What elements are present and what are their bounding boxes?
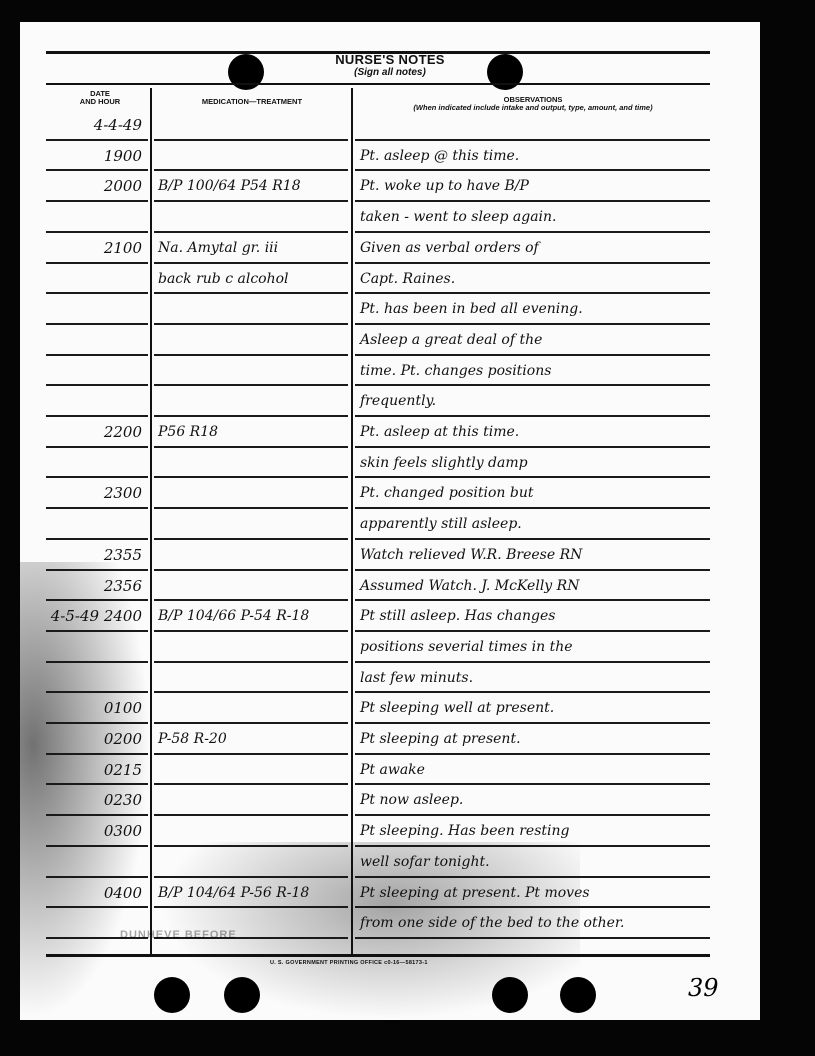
row-rule-date — [46, 507, 148, 509]
row-date-hour: 1900 — [42, 147, 142, 165]
row-rule-medication — [154, 814, 348, 816]
row-rule-observation — [355, 783, 710, 785]
nurses-notes-page: NURSE'S NOTES (Sign all notes) DATE AND … — [20, 22, 760, 1020]
row-observation: Pt. has been in bed all evening. — [360, 300, 583, 318]
row-rule-medication — [154, 753, 348, 755]
row-medication: back rub c alcohol — [158, 270, 289, 288]
row-observation: well sofar tonight. — [360, 853, 490, 871]
row-rule-observation — [355, 446, 710, 448]
row-rule-medication — [154, 169, 348, 171]
row-rule-observation — [355, 691, 710, 693]
row-rule-medication — [154, 845, 348, 847]
row-observation: from one side of the bed to the other. — [360, 914, 625, 932]
row-observation: last few minuts. — [360, 669, 473, 687]
row-rule-observation — [355, 323, 710, 325]
row-observation: Pt awake — [360, 761, 425, 779]
row-medication: P56 R18 — [158, 423, 218, 441]
row-rule-date — [46, 415, 148, 417]
row-observation: Pt sleeping at present. — [360, 730, 521, 748]
row-rule-medication — [154, 262, 348, 264]
row-observation: Pt. woke up to have B/P — [360, 177, 529, 195]
row-medication: P-58 R-20 — [158, 730, 227, 748]
row-rule-observation — [355, 200, 710, 202]
row-date-hour: 2000 — [42, 177, 142, 195]
row-rule-medication — [154, 292, 348, 294]
row-rule-observation — [355, 538, 710, 540]
row-rule-medication — [154, 906, 348, 908]
column-header-observations: OBSERVATIONS (When indicated include int… — [358, 96, 708, 112]
row-rule-medication — [154, 415, 348, 417]
row-rule-date — [46, 722, 148, 724]
form-title: NURSE'S NOTES — [20, 52, 760, 67]
row-rule-observation — [355, 569, 710, 571]
row-date-hour: 0200 — [42, 730, 142, 748]
row-rule-observation — [355, 599, 710, 601]
column-divider-1 — [150, 88, 152, 956]
row-rule-observation — [355, 169, 710, 171]
row-rule-medication — [154, 876, 348, 878]
row-rule-medication — [154, 323, 348, 325]
row-rule-date — [46, 384, 148, 386]
row-rule-date — [46, 538, 148, 540]
row-rule-date — [46, 569, 148, 571]
row-date-hour: 2356 — [42, 577, 142, 595]
row-rule-medication — [154, 446, 348, 448]
row-rule-medication — [154, 569, 348, 571]
row-rule-observation — [355, 476, 710, 478]
row-observation: apparently still asleep. — [360, 515, 522, 533]
row-date-hour: 2100 — [42, 239, 142, 257]
row-rule-date — [46, 845, 148, 847]
row-medication: B/P 100/64 P54 R18 — [158, 177, 301, 195]
column-header-date-hour: DATE AND HOUR — [50, 90, 150, 106]
row-rule-medication — [154, 691, 348, 693]
row-rule-observation — [355, 354, 710, 356]
row-rule-medication — [154, 599, 348, 601]
row-rule-date — [46, 906, 148, 908]
form-subtitle: (Sign all notes) — [20, 67, 760, 78]
row-rule-date — [46, 169, 148, 171]
column-header-medication: MEDICATION—TREATMENT — [152, 98, 352, 106]
row-rule-medication — [154, 538, 348, 540]
row-rule-observation — [355, 845, 710, 847]
row-rule-observation — [355, 139, 710, 141]
row-rule-date — [46, 354, 148, 356]
binder-hole-bottom-4 — [560, 977, 596, 1013]
faded-stamp: DUNHEVE BEFORE — [120, 929, 237, 941]
row-observation: Pt sleeping. Has been resting — [360, 822, 569, 840]
row-rule-medication — [154, 231, 348, 233]
row-observation: Pt sleeping at present. Pt moves — [360, 884, 590, 902]
row-observation: Pt still asleep. Has changes — [360, 607, 555, 625]
row-rule-date — [46, 783, 148, 785]
printing-office-imprint: U. S. GOVERNMENT PRINTING OFFICE c0-16—5… — [270, 960, 428, 966]
row-rule-date — [46, 599, 148, 601]
row-rule-observation — [355, 661, 710, 663]
row-date-hour: 0230 — [42, 791, 142, 809]
row-rule-observation — [355, 507, 710, 509]
footer-rule — [46, 954, 710, 957]
row-date-hour: 0400 — [42, 884, 142, 902]
row-rule-observation — [355, 876, 710, 878]
row-rule-observation — [355, 814, 710, 816]
row-rule-observation — [355, 384, 710, 386]
row-rule-observation — [355, 906, 710, 908]
row-date-hour: 4-5-49 2400 — [42, 607, 142, 625]
row-rule-date — [46, 814, 148, 816]
row-observation: frequently. — [360, 392, 436, 410]
row-observation: Pt sleeping well at present. — [360, 699, 554, 717]
row-rule-observation — [355, 231, 710, 233]
binder-hole-bottom-1 — [154, 977, 190, 1013]
row-observation: Given as verbal orders of — [360, 239, 539, 257]
row-rule-date — [46, 661, 148, 663]
row-rule-date — [46, 139, 148, 141]
row-date-hour: 2300 — [42, 484, 142, 502]
row-rule-observation — [355, 753, 710, 755]
row-medication: B/P 104/66 P-54 R-18 — [158, 607, 309, 625]
row-rule-date — [46, 262, 148, 264]
row-observation: Pt. asleep at this time. — [360, 423, 519, 441]
row-medication: Na. Amytal gr. iii — [158, 239, 278, 257]
row-observation: Pt. asleep @ this time. — [360, 147, 519, 165]
page-number: 39 — [688, 974, 719, 1002]
row-observation: Watch relieved W.R. Breese RN — [360, 546, 582, 564]
row-rule-date — [46, 323, 148, 325]
row-rule-medication — [154, 476, 348, 478]
row-rule-date — [46, 231, 148, 233]
column-divider-2 — [351, 88, 353, 956]
row-observation: Pt now asleep. — [360, 791, 463, 809]
row-rule-medication — [154, 200, 348, 202]
row-rule-observation — [355, 292, 710, 294]
row-date-hour: 0300 — [42, 822, 142, 840]
binder-hole-bottom-2 — [224, 977, 260, 1013]
observations-note: (When indicated include intake and outpu… — [358, 104, 708, 112]
header-rule-bottom — [46, 83, 710, 85]
row-date-hour: 0215 — [42, 761, 142, 779]
row-rule-date — [46, 292, 148, 294]
row-rule-date — [46, 753, 148, 755]
row-rule-medication — [154, 722, 348, 724]
row-rule-medication — [154, 630, 348, 632]
row-rule-date — [46, 446, 148, 448]
row-rule-medication — [154, 384, 348, 386]
row-observation: Capt. Raines. — [360, 270, 455, 288]
row-rule-medication — [154, 354, 348, 356]
row-observation: taken - went to sleep again. — [360, 208, 557, 226]
row-rule-observation — [355, 722, 710, 724]
row-rule-medication — [154, 783, 348, 785]
row-rule-medication — [154, 507, 348, 509]
row-rule-medication — [154, 139, 348, 141]
row-observation: positions severial times in the — [360, 638, 573, 656]
row-date-hour: 4-4-49 — [42, 116, 142, 134]
row-observation: skin feels slightly damp — [360, 454, 528, 472]
row-date-hour: 0100 — [42, 699, 142, 717]
row-date-hour: 2200 — [42, 423, 142, 441]
row-date-hour: 2355 — [42, 546, 142, 564]
row-rule-observation — [355, 630, 710, 632]
row-rule-date — [46, 630, 148, 632]
row-observation: Asleep a great deal of the — [360, 331, 542, 349]
row-rule-medication — [154, 661, 348, 663]
row-rule-date — [46, 691, 148, 693]
column-header-hour: AND HOUR — [50, 98, 150, 106]
row-observation: Pt. changed position but — [360, 484, 533, 502]
row-rule-date — [46, 476, 148, 478]
row-medication: B/P 104/64 P-56 R-18 — [158, 884, 309, 902]
row-rule-observation — [355, 262, 710, 264]
row-rule-observation — [355, 937, 710, 939]
binder-hole-bottom-3 — [492, 977, 528, 1013]
row-rule-date — [46, 200, 148, 202]
row-observation: time. Pt. changes positions — [360, 362, 551, 380]
row-rule-date — [46, 876, 148, 878]
row-observation: Assumed Watch. J. McKelly RN — [360, 577, 579, 595]
row-rule-observation — [355, 415, 710, 417]
